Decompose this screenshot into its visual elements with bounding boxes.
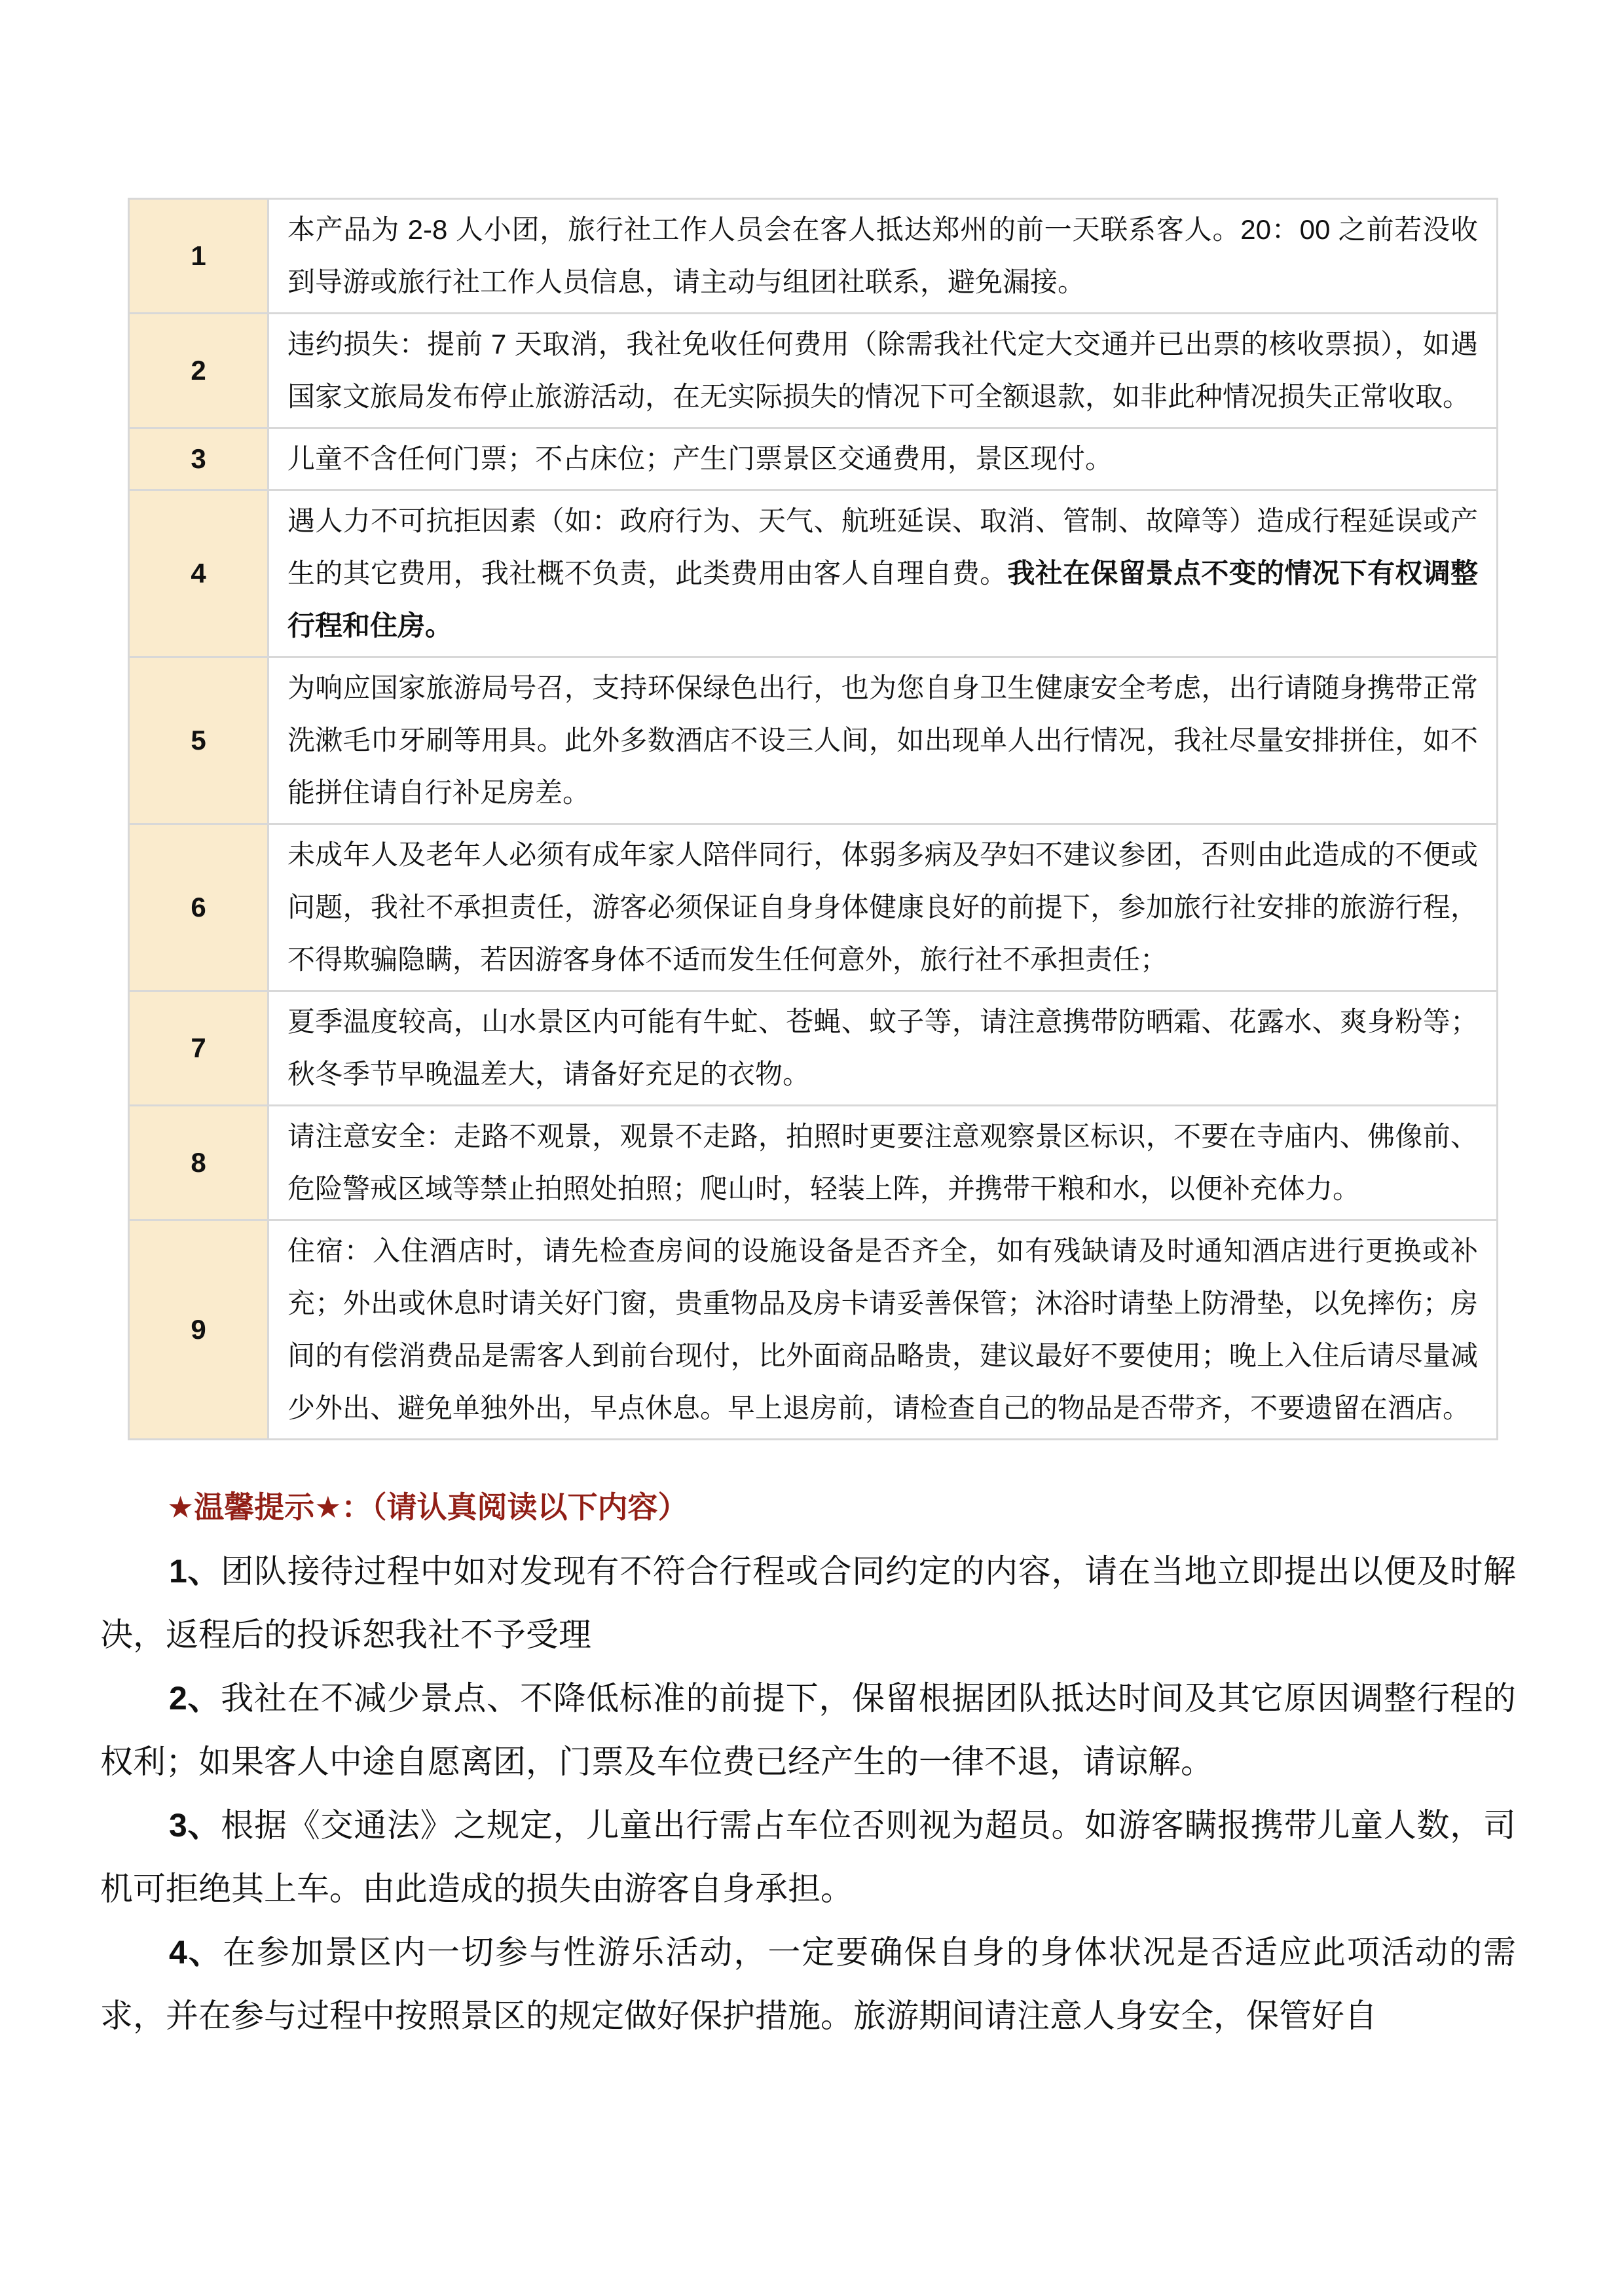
tip-number: 2、 — [169, 1680, 221, 1717]
tips-header: ★温馨提示★：（请认真阅读以下内容） — [100, 1474, 1516, 1540]
tip-item: 1、团队接待过程中如对发现有不符合行程或合同约定的内容，请在当地立即提出以便及时… — [100, 1540, 1516, 1667]
row-text: 本产品为 2-8 人小团，旅行社工作人员会在客人抵达郑州的前一天联系客人。20：… — [268, 199, 1498, 314]
row-text: 遇人力不可抗拒因素（如：政府行为、天气、航班延误、取消、管制、故障等）造成行程延… — [268, 490, 1498, 657]
row-text: 夏季温度较高，山水景区内可能有牛虻、苍蝇、蚊子等，请注意携带防晒霜、花露水、爽身… — [268, 991, 1498, 1106]
note-text: 违约损失：提前 7 天取消，我社免收任何费用（除需我社代定大交通并已出票的核收票… — [287, 329, 1478, 412]
row-text: 违约损失：提前 7 天取消，我社免收任何费用（除需我社代定大交通并已出票的核收票… — [268, 314, 1498, 428]
tip-text: 根据《交通法》之规定，儿童出行需占车位否则视为超员。如游客瞒报携带儿童人数，司机… — [100, 1807, 1516, 1907]
table-row: 7 夏季温度较高，山水景区内可能有牛虻、苍蝇、蚊子等，请注意携带防晒霜、花露水、… — [129, 991, 1498, 1106]
row-number: 6 — [129, 824, 268, 991]
tip-item: 2、我社在不减少景点、不降低标准的前提下，保留根据团队抵达时间及其它原因调整行程… — [100, 1667, 1516, 1794]
note-text: 住宿：入住酒店时，请先检查房间的设施设备是否齐全，如有残缺请及时通知酒店进行更换… — [287, 1235, 1478, 1423]
row-text: 未成年人及老年人必须有成年家人陪伴同行，体弱多病及孕妇不建议参团，否则由此造成的… — [268, 824, 1498, 991]
note-text: 请注意安全：走路不观景，观景不走路，拍照时更要注意观察景区标识，不要在寺庙内、佛… — [287, 1121, 1478, 1204]
row-number: 7 — [129, 991, 268, 1106]
table-row: 5 为响应国家旅游局号召，支持环保绿色出行，也为您自身卫生健康安全考虑，出行请随… — [129, 657, 1498, 824]
note-text: 本产品为 2-8 人小团，旅行社工作人员会在客人抵达郑州的前一天联系客人。20：… — [287, 214, 1478, 297]
row-text: 儿童不含任何门票；不占床位；产生门票景区交通费用，景区现付。 — [268, 428, 1498, 490]
row-number: 2 — [129, 314, 268, 428]
note-text: 儿童不含任何门票；不占床位；产生门票景区交通费用，景区现付。 — [287, 443, 1113, 474]
row-text: 为响应国家旅游局号召，支持环保绿色出行，也为您自身卫生健康安全考虑，出行请随身携… — [268, 657, 1498, 824]
note-text: 为响应国家旅游局号召，支持环保绿色出行，也为您自身卫生健康安全考虑，出行请随身携… — [287, 672, 1478, 808]
table-row: 2 违约损失：提前 7 天取消，我社免收任何费用（除需我社代定大交通并已出票的核… — [129, 314, 1498, 428]
tip-item: 3、根据《交通法》之规定，儿童出行需占车位否则视为超员。如游客瞒报携带儿童人数，… — [100, 1794, 1516, 1921]
document-page: 1 本产品为 2-8 人小团，旅行社工作人员会在客人抵达郑州的前一天联系客人。2… — [0, 0, 1624, 2296]
note-text: 夏季温度较高，山水景区内可能有牛虻、苍蝇、蚊子等，请注意携带防晒霜、花露水、爽身… — [287, 1006, 1478, 1089]
tip-text: 我社在不减少景点、不降低标准的前提下，保留根据团队抵达时间及其它原因调整行程的权… — [100, 1680, 1516, 1780]
row-text: 请注意安全：走路不观景，观景不走路，拍照时更要注意观察景区标识，不要在寺庙内、佛… — [268, 1106, 1498, 1220]
row-text: 住宿：入住酒店时，请先检查房间的设施设备是否齐全，如有残缺请及时通知酒店进行更换… — [268, 1220, 1498, 1440]
row-number: 5 — [129, 657, 268, 824]
table-row: 6 未成年人及老年人必须有成年家人陪伴同行，体弱多病及孕妇不建议参团，否则由此造… — [129, 824, 1498, 991]
table-row: 9 住宿：入住酒店时，请先检查房间的设施设备是否齐全，如有残缺请及时通知酒店进行… — [129, 1220, 1498, 1440]
row-number: 8 — [129, 1106, 268, 1220]
table-row: 1 本产品为 2-8 人小团，旅行社工作人员会在客人抵达郑州的前一天联系客人。2… — [129, 199, 1498, 314]
table-row: 4 遇人力不可抗拒因素（如：政府行为、天气、航班延误、取消、管制、故障等）造成行… — [129, 490, 1498, 657]
tip-number: 4、 — [169, 1934, 223, 1971]
note-text: 未成年人及老年人必须有成年家人陪伴同行，体弱多病及孕妇不建议参团，否则由此造成的… — [287, 839, 1478, 975]
row-number: 3 — [129, 428, 268, 490]
row-number: 9 — [129, 1220, 268, 1440]
tip-number: 3、 — [169, 1807, 221, 1844]
table-row: 8 请注意安全：走路不观景，观景不走路，拍照时更要注意观察景区标识，不要在寺庙内… — [129, 1106, 1498, 1220]
tip-item: 4、在参加景区内一切参与性游乐活动，一定要确保自身的身体状况是否适应此项活动的需… — [100, 1921, 1516, 2048]
tip-text: 团队接待过程中如对发现有不符合行程或合同约定的内容，请在当地立即提出以便及时解决… — [100, 1553, 1516, 1653]
row-number: 1 — [129, 199, 268, 314]
row-number: 4 — [129, 490, 268, 657]
tip-number: 1、 — [169, 1553, 221, 1590]
tip-text: 在参加景区内一切参与性游乐活动，一定要确保自身的身体状况是否适应此项活动的需求，… — [100, 1934, 1516, 2034]
tips-section: ★温馨提示★：（请认真阅读以下内容） 1、团队接待过程中如对发现有不符合行程或合… — [100, 1474, 1516, 2048]
notes-table: 1 本产品为 2-8 人小团，旅行社工作人员会在客人抵达郑州的前一天联系客人。2… — [128, 198, 1498, 1440]
table-row: 3 儿童不含任何门票；不占床位；产生门票景区交通费用，景区现付。 — [129, 428, 1498, 490]
